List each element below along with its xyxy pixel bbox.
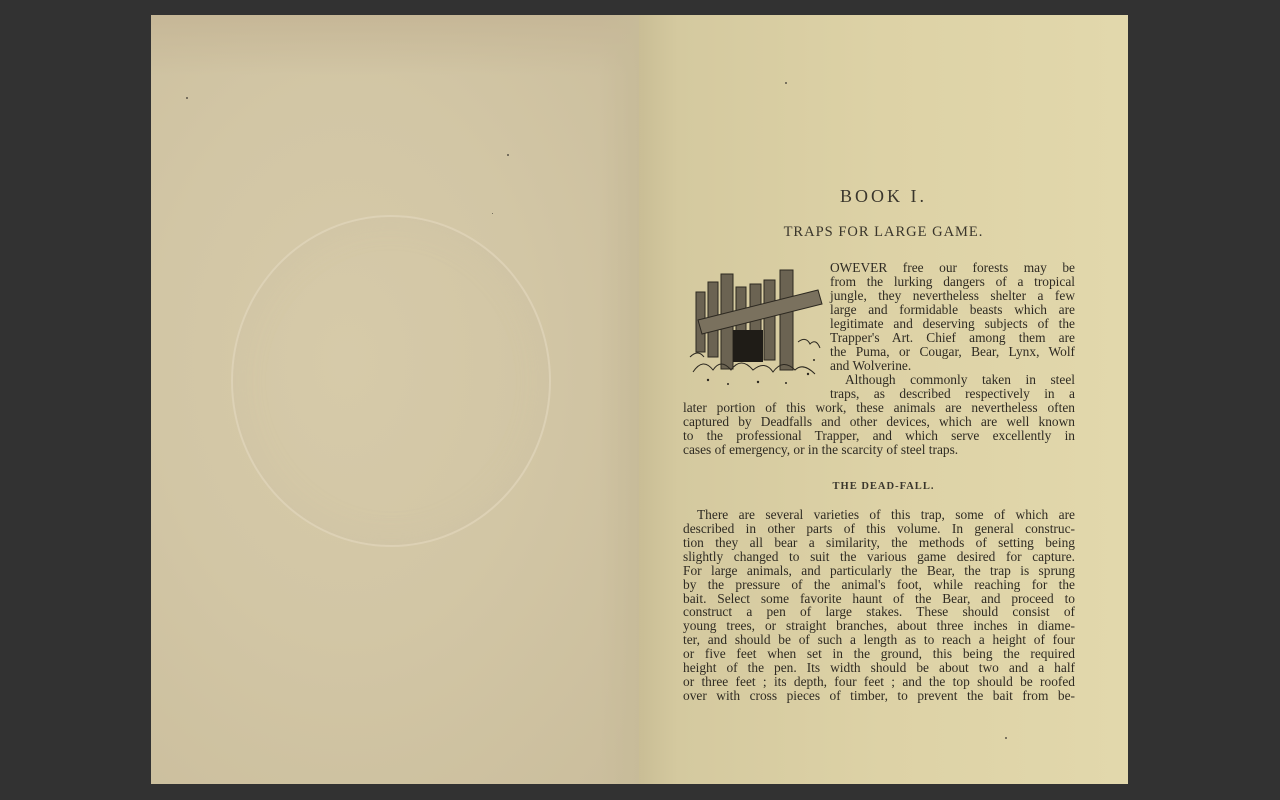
paper-speck xyxy=(507,154,509,156)
text-line: ter, and should be of such a length as t… xyxy=(683,633,1075,647)
text-line: or three feet ; its depth, four feet ; a… xyxy=(683,675,1075,689)
paper-speck xyxy=(186,97,188,99)
paper-speck xyxy=(785,82,787,84)
section-heading: THE DEAD-FALL. xyxy=(639,481,1128,492)
text-line: from the lurking dangers of a tropical xyxy=(830,275,1075,289)
text-line: cases of emergency, or in the scarcity o… xyxy=(683,443,1075,457)
show-through-circle xyxy=(231,215,551,547)
text-line: height of the pen. Its width should be a… xyxy=(683,661,1075,675)
text-line: Although commonly taken in steel xyxy=(845,373,1075,387)
text-line: captured by Deadfalls and other devices,… xyxy=(683,415,1075,429)
text-line: Trapper's Art. Chief among them are xyxy=(830,331,1075,345)
left-page xyxy=(151,15,639,784)
text-line: over with cross pieces of timber, to pre… xyxy=(683,689,1075,703)
text-line: later portion of this work, these animal… xyxy=(683,401,1075,415)
book-spread: BOOK I. TRAPS FOR LARGE GAME. xyxy=(151,15,1128,784)
text-line: or five feet when set in the ground, thi… xyxy=(683,647,1075,661)
text-line: to the professional Trapper, and which s… xyxy=(683,429,1075,443)
text-line: tion they all bear a similarity, the met… xyxy=(683,536,1075,550)
text-line: young trees, or straight branches, about… xyxy=(683,619,1075,633)
text-line: traps, as described respectively in a xyxy=(830,387,1075,401)
text-line: by the pressure of the animal's foot, wh… xyxy=(683,578,1075,592)
text-line: For large animals, and particularly the … xyxy=(683,564,1075,578)
text-line: large and formidable beasts which are xyxy=(830,303,1075,317)
text-line: legitimate and deserving subjects of the xyxy=(830,317,1075,331)
paper-speck xyxy=(1005,737,1007,739)
text-line: construct a pen of large stakes. These s… xyxy=(683,605,1075,619)
right-page: BOOK I. TRAPS FOR LARGE GAME. xyxy=(639,15,1128,784)
text-line: the Puma, or Cougar, Bear, Lynx, Wolf xyxy=(830,345,1075,359)
chapter-heading: TRAPS FOR LARGE GAME. xyxy=(639,224,1128,241)
text-line: OWEVER free our forests may be xyxy=(830,261,1075,275)
text-line: described in other parts of this volume.… xyxy=(683,522,1075,536)
text-line: jungle, they nevertheless shelter a few xyxy=(830,289,1075,303)
text-line: slightly changed to suit the various gam… xyxy=(683,550,1075,564)
book-heading: BOOK I. xyxy=(639,186,1128,207)
text-line: There are several varieties of this trap… xyxy=(683,508,1075,522)
paper-speck xyxy=(492,213,493,214)
deadfall-pen-icon xyxy=(688,262,824,388)
text-line: and Wolverine. xyxy=(830,359,1075,373)
